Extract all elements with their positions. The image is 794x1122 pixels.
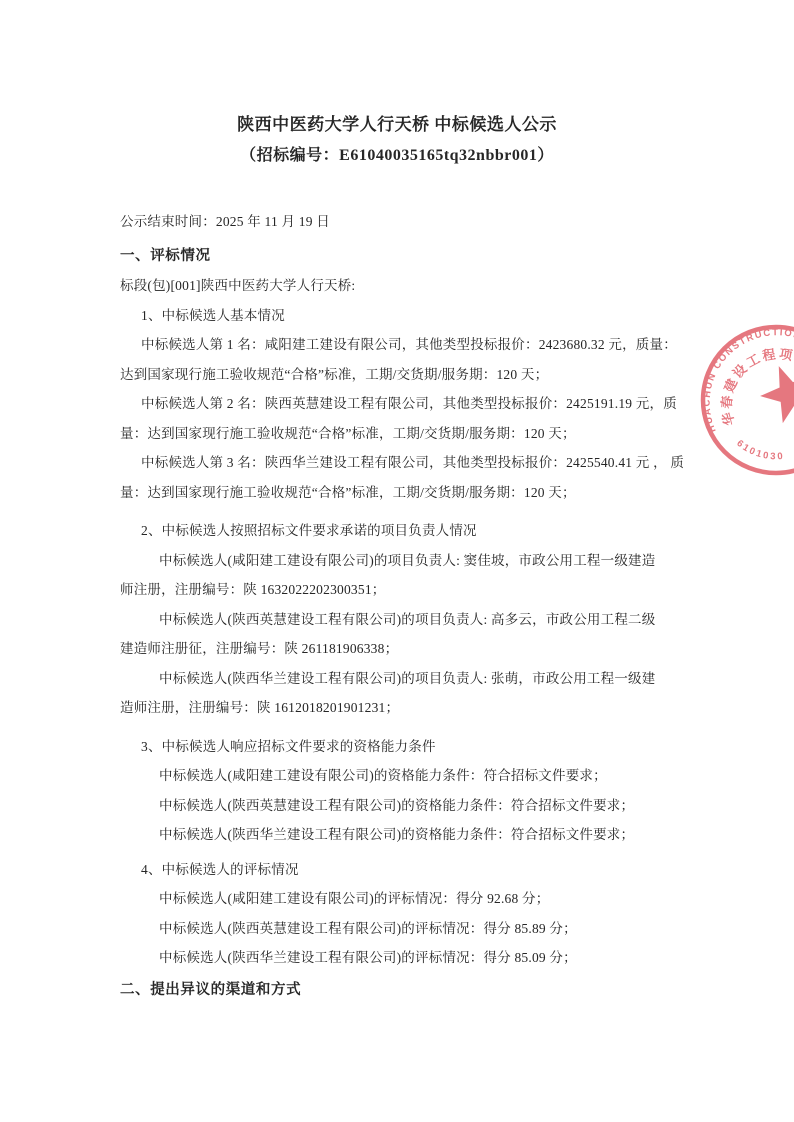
page-title: 陕西中医药大学人行天桥 中标候选人公示 xyxy=(0,0,794,138)
text-line: 师注册，注册编号：陕 1632022202300351； xyxy=(120,575,680,605)
text-line: 量：达到国家现行施工验收规范“合格”标准，工期/交货期/服务期：120 天； xyxy=(120,478,680,508)
document-body: 公示结束时间：2025 年 11 月 19 日一、评标情况标段(包)[001]陕… xyxy=(120,207,680,1005)
text-line: 造师注册，注册编号：陕 1612018201901231； xyxy=(120,693,680,723)
text-line: 4、中标候选人的评标情况 xyxy=(120,855,680,885)
text-line: 中标候选人(陕西华兰建设工程有限公司)的资格能力条件：符合招标文件要求； xyxy=(120,820,680,850)
text-line: 中标候选人(陕西华兰建设工程有限公司)的评标情况：得分 85.09 分； xyxy=(120,943,680,973)
text-line: 建造师注册征，注册编号：陕 261181906338； xyxy=(120,634,680,664)
text-line: 量：达到国家现行施工验收规范“合格”标准，工期/交货期/服务期：120 天； xyxy=(120,419,680,449)
text-line: 标段(包)[001]陕西中医药大学人行天桥: xyxy=(120,271,680,301)
section-heading: 二、提出异议的渠道和方式 xyxy=(120,976,680,1006)
official-seal-stamp: HUACHUN CONSTRUCTION PR 华春建设工程项目 6101030 xyxy=(696,320,794,480)
text-line: 中标候选人(陕西华兰建设工程有限公司)的项目负责人: 张萌，市政公用工程一级建 xyxy=(120,664,680,694)
text-line: 中标候选人(咸阳建工建设有限公司)的资格能力条件：符合招标文件要求； xyxy=(120,761,680,791)
text-line: 1、中标候选人基本情况 xyxy=(120,301,680,331)
text-line: 3、中标候选人响应招标文件要求的资格能力条件 xyxy=(120,732,680,762)
tender-number: （招标编号：E61040035165tq32nbbr001） xyxy=(0,144,794,168)
text-line: 中标候选人(陕西英慧建设工程有限公司)的资格能力条件：符合招标文件要求； xyxy=(120,791,680,821)
document-page: 陕西中医药大学人行天桥 中标候选人公示 （招标编号：E61040035165tq… xyxy=(0,0,794,1122)
text-line: 达到国家现行施工验收规范“合格”标准，工期/交货期/服务期：120 天； xyxy=(120,360,680,390)
text-line: 2、中标候选人按照招标文件要求承诺的项目负责人情况 xyxy=(120,516,680,546)
section-heading: 一、评标情况 xyxy=(120,242,680,272)
text-line: 中标候选人(陕西英慧建设工程有限公司)的项目负责人: 高多云，市政公用工程二级 xyxy=(120,605,680,635)
text-line: 公示结束时间：2025 年 11 月 19 日 xyxy=(120,207,680,237)
seal-serial-number: 6101030 xyxy=(734,438,785,462)
text-line: 中标候选人(陕西英慧建设工程有限公司)的评标情况：得分 85.89 分； xyxy=(120,914,680,944)
text-line: 中标候选人第 3 名：陕西华兰建设工程有限公司，其他类型投标报价：2425540… xyxy=(120,448,680,478)
text-line: 中标候选人第 2 名：陕西英慧建设工程有限公司，其他类型投标报价：2425191… xyxy=(120,389,680,419)
text-line: 中标候选人(咸阳建工建设有限公司)的项目负责人: 窦佳坡，市政公用工程一级建造 xyxy=(120,546,680,576)
text-line: 中标候选人(咸阳建工建设有限公司)的评标情况：得分 92.68 分； xyxy=(120,884,680,914)
seal-star-icon xyxy=(752,356,794,428)
text-line: 中标候选人第 1 名：咸阳建工建设有限公司，其他类型投标报价：2423680.3… xyxy=(120,330,680,360)
